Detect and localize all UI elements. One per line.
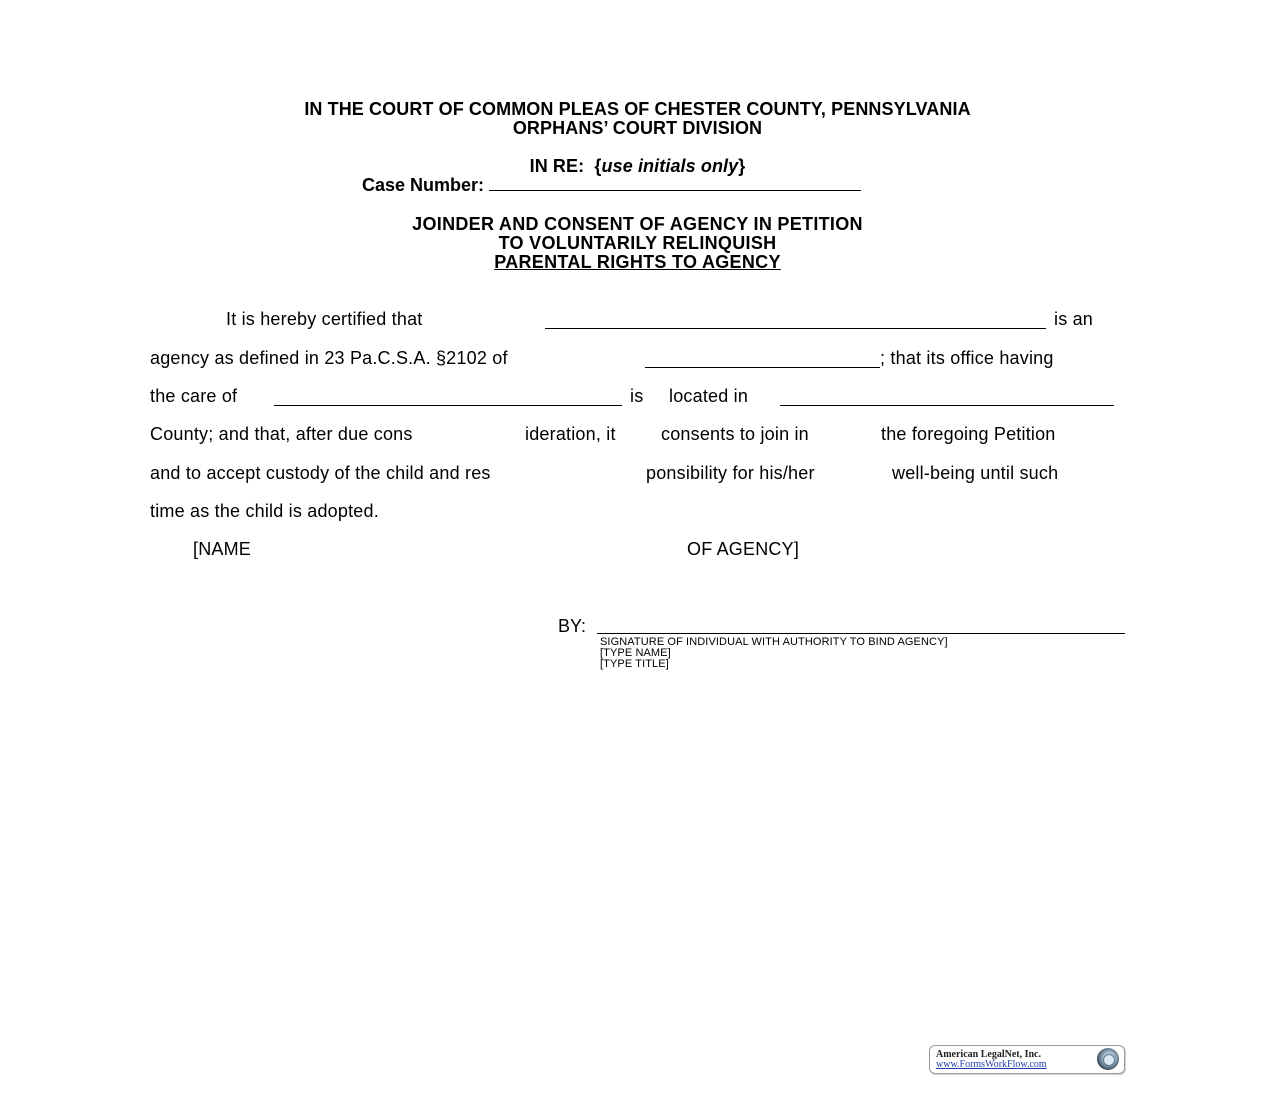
agency-name-field[interactable] [545, 313, 1046, 329]
division-heading: ORPHANS’ COURT DIVISION [0, 118, 1275, 139]
state-field[interactable] [645, 352, 880, 368]
body-line-3-located: located in [669, 386, 748, 407]
body-line-4a: County; and that, after due cons [150, 424, 413, 445]
body-line-1: It is hereby certified that [226, 309, 423, 330]
document-title-line-2: TO VOLUNTARILY RELINQUISH [0, 233, 1275, 254]
body-line-6: time as the child is adopted. [150, 501, 379, 522]
type-title-caption: [TYPE TITLE] [600, 658, 669, 670]
body-line-3-is: is [630, 386, 643, 407]
body-line-3: the care of [150, 386, 237, 407]
court-heading: IN THE COURT OF COMMON PLEAS OF CHESTER … [0, 99, 1275, 120]
body-line-4d: the foregoing Petition [881, 424, 1056, 445]
body-line-5c: well-being until such [892, 463, 1058, 484]
by-label: BY: [558, 616, 586, 637]
body-line-2-end: ; that its office having [880, 348, 1054, 369]
body-line-5a: and to accept custody of the child and r… [150, 463, 491, 484]
document-title-line-1: JOINDER AND CONSENT OF AGENCY IN PETITIO… [0, 214, 1275, 235]
county-field[interactable] [780, 390, 1114, 406]
document-title-underlined: PARENTAL RIGHTS TO AGENCY [494, 252, 781, 272]
body-line-4c: consents to join in [661, 424, 809, 445]
case-number-field[interactable] [489, 175, 861, 191]
signature-field[interactable] [597, 633, 1125, 634]
body-line-2: agency as defined in 23 Pa.C.S.A. §2102 … [150, 348, 508, 369]
in-re-placeholder: use initials only [602, 156, 739, 176]
child-name-field[interactable] [274, 390, 622, 406]
agency-name-placeholder-end: OF AGENCY] [687, 539, 799, 560]
american-legalnet-badge: American LegalNet, Inc. www.FormsWorkFlo… [929, 1045, 1125, 1074]
badge-website-link[interactable]: www.FormsWorkFlow.com [936, 1059, 1047, 1070]
body-line-5b: ponsibility for his/her [646, 463, 815, 484]
agency-name-placeholder-start: [NAME [193, 539, 251, 560]
body-line-4b: ideration, it [525, 424, 616, 445]
in-re-brace-close: } [738, 156, 745, 176]
globe-logo-icon [1097, 1048, 1119, 1070]
document-title-line-3: PARENTAL RIGHTS TO AGENCY [0, 252, 1275, 273]
body-line-1-end: is an [1054, 309, 1093, 330]
in-re-label: IN RE: [530, 156, 585, 176]
in-re-brace-open: { [594, 156, 601, 176]
case-number-line: Case Number: [362, 175, 861, 196]
case-number-label: Case Number: [362, 175, 484, 195]
in-re-line: IN RE: {use initials only} [0, 156, 1275, 177]
